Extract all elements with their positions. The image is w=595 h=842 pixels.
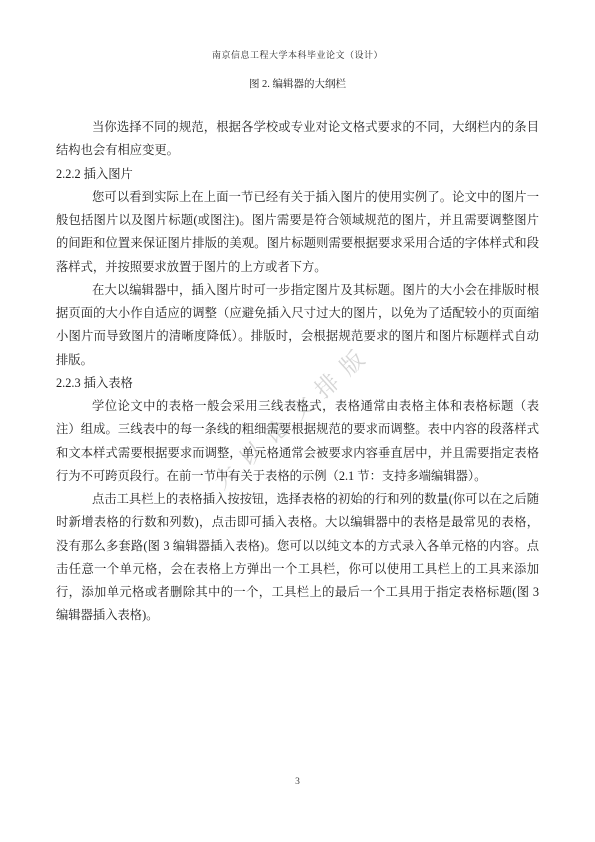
paragraph: 在大以编辑器中，插入图片时可一步指定图片及其标题。图片的大小会在排版时根据页面的… — [56, 279, 539, 372]
running-header: 南京信息工程大学本科毕业论文（设计） — [0, 48, 595, 61]
page-number: 3 — [0, 777, 595, 787]
paragraph: 学位论文中的表格一般会采用三线表格式，表格通常由表格主体和表格标题（表注）组成。… — [56, 395, 539, 488]
document-page: 大以论文排版 南京信息工程大学本科毕业论文（设计） 图 2. 编辑器的大纲栏 当… — [0, 0, 595, 842]
paragraph: 当你选择不同的规范，根据各学校或专业对论文格式要求的不同，大纲栏内的条目结构也会… — [56, 116, 539, 163]
section-heading-2-2-2: 2.2.2 插入图片 — [56, 163, 539, 186]
section-heading-2-2-3: 2.2.3 插入表格 — [56, 372, 539, 395]
paragraph: 点击工具栏上的表格插入按按钮，选择表格的初始的行和列的数量(你可以在之后随时新增… — [56, 488, 539, 628]
paragraph: 您可以看到实际上在上面一节已经有关于插入图片的使用实例了。论文中的图片一般包括图… — [56, 186, 539, 279]
figure-caption: 图 2. 编辑器的大纲栏 — [0, 76, 595, 91]
body-text: 当你选择不同的规范，根据各学校或专业对论文格式要求的不同，大纲栏内的条目结构也会… — [56, 116, 539, 628]
